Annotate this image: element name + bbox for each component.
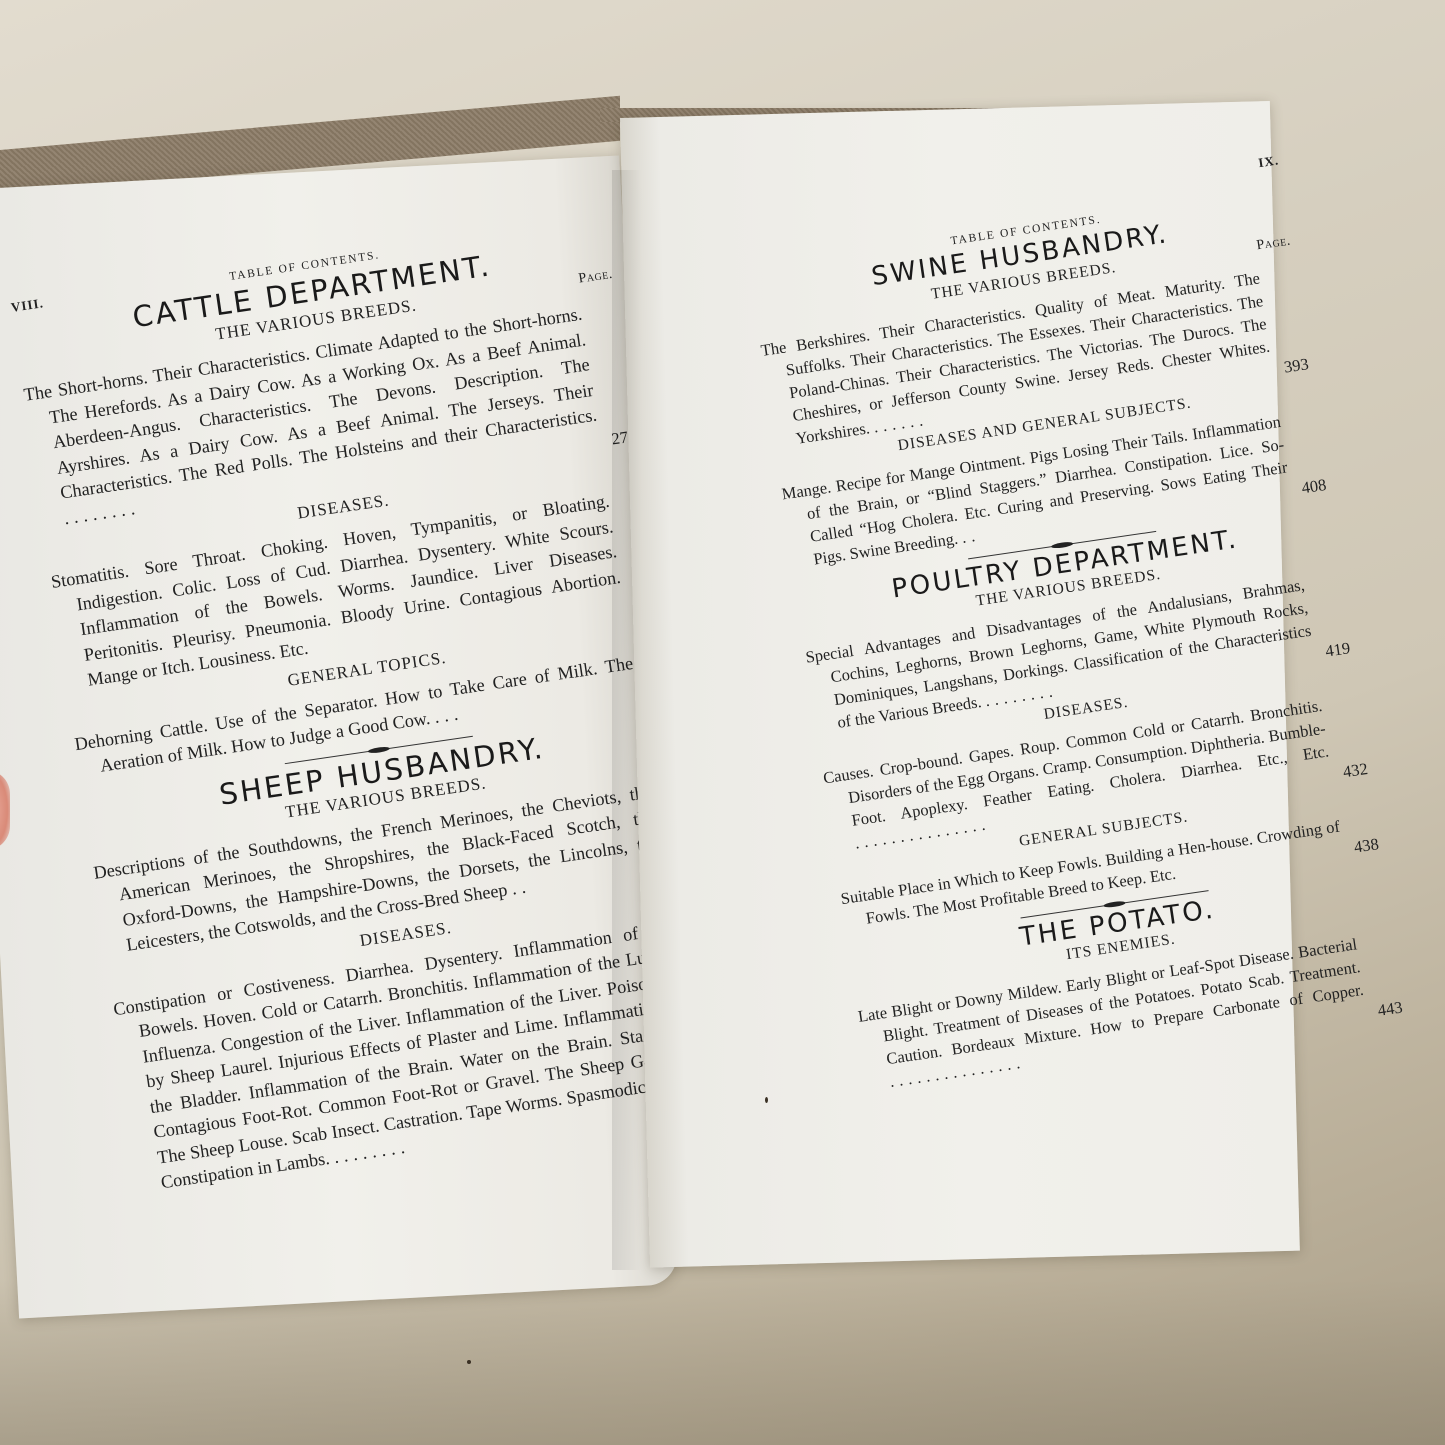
page-number: 438: [1374, 832, 1380, 855]
page-number: 419: [1346, 636, 1352, 659]
book-gutter-shadow: [612, 170, 642, 1270]
page-number: 393: [1304, 352, 1310, 375]
dust-speck: [765, 1097, 768, 1103]
page-number: 443: [1398, 995, 1404, 1018]
folio-number: IX.: [1257, 152, 1280, 171]
dust-speck: [467, 1360, 471, 1364]
page-number: 432: [1363, 757, 1369, 780]
page-number: 408: [1322, 473, 1328, 496]
